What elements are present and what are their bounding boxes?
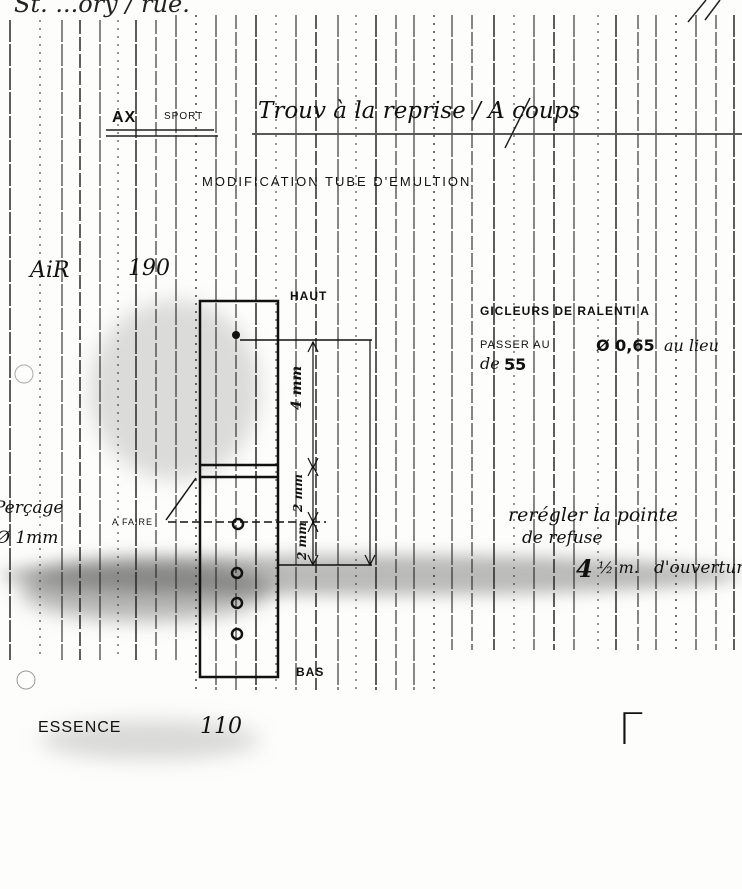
scan-marks (0, 0, 742, 889)
scanned-page: St. ...ory / rue. AX SPORT Trouv à la re… (0, 0, 742, 889)
